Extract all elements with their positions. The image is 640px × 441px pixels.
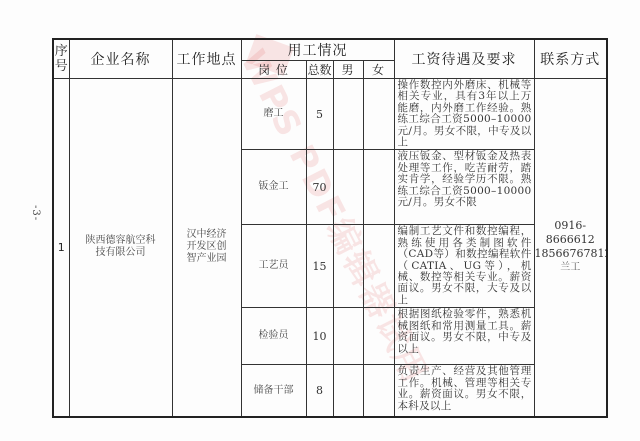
position-title: 工艺员 bbox=[241, 225, 306, 308]
position-total: 8 bbox=[306, 365, 333, 417]
position-requirements: 根据图纸检验零件，熟悉机械图纸和常用测量工具。薪资面议。男女不限，中专及以上 bbox=[394, 308, 534, 365]
position-requirements: 液压钣金、型材钣金及热表处理等工作，吃苦耐劳，踏实肯学，经验学历不限。熟练工综合… bbox=[394, 150, 534, 225]
position-male bbox=[333, 79, 363, 150]
contact-info: 0916-8666612 18566767812 兰工 bbox=[534, 79, 607, 417]
contact-mobile: 18566767812 bbox=[535, 247, 607, 261]
row-seq: 1 bbox=[53, 79, 69, 417]
position-female bbox=[363, 225, 394, 308]
position-requirements: 操作数控内外磨床、机械等相关专业，具有3年以上万能磨，内外磨工作经验。熟练工综合… bbox=[394, 79, 534, 150]
position-total: 10 bbox=[306, 308, 333, 365]
header-female: 女 bbox=[363, 61, 394, 79]
contact-phone: 0916-8666612 bbox=[535, 219, 607, 247]
position-requirements: 负责生产、经营及其他管理工作。机械、管理等相关专业。薪资面议。男女不限，本科及以… bbox=[394, 365, 534, 417]
position-total: 5 bbox=[306, 79, 333, 150]
contact-name: 兰工 bbox=[535, 261, 607, 275]
position-female bbox=[363, 308, 394, 365]
position-total: 15 bbox=[306, 225, 333, 308]
header-contact: 联系方式 bbox=[534, 39, 607, 79]
position-title: 检验员 bbox=[241, 308, 306, 365]
header-company: 企业名称 bbox=[69, 39, 172, 79]
position-male bbox=[333, 308, 363, 365]
page-number: -3- bbox=[30, 205, 41, 221]
position-male bbox=[333, 150, 363, 225]
position-female bbox=[363, 150, 394, 225]
header-seq: 序号 bbox=[53, 39, 69, 79]
position-title: 磨工 bbox=[241, 79, 306, 150]
company-name: 陕西德容航空科技有限公司 bbox=[69, 79, 172, 417]
recruitment-table: 序号 企业名称 工作地点 用工情况 工资待遇及要求 联系方式 岗 位 总数 男 … bbox=[52, 38, 608, 418]
position-male bbox=[333, 365, 363, 417]
work-location: 汉中经济开发区创智产业园 bbox=[172, 79, 241, 417]
table-row: 1 陕西德容航空科技有限公司 汉中经济开发区创智产业园 磨工 5 操作数控内外磨… bbox=[53, 79, 607, 150]
header-location: 工作地点 bbox=[172, 39, 241, 79]
header-total: 总数 bbox=[306, 61, 333, 79]
position-title: 储备干部 bbox=[241, 365, 306, 417]
position-male bbox=[333, 225, 363, 308]
header-salary-requirements: 工资待遇及要求 bbox=[394, 39, 534, 79]
header-employment: 用工情况 bbox=[241, 39, 394, 61]
position-requirements: 编制工艺文件和数控编程，熟练使用各类制图软件（CAD等）和数控编程软件（CATI… bbox=[394, 225, 534, 308]
position-total: 70 bbox=[306, 150, 333, 225]
header-male: 男 bbox=[333, 61, 363, 79]
position-title: 钣金工 bbox=[241, 150, 306, 225]
position-female bbox=[363, 365, 394, 417]
position-female bbox=[363, 79, 394, 150]
header-position: 岗 位 bbox=[241, 61, 306, 79]
